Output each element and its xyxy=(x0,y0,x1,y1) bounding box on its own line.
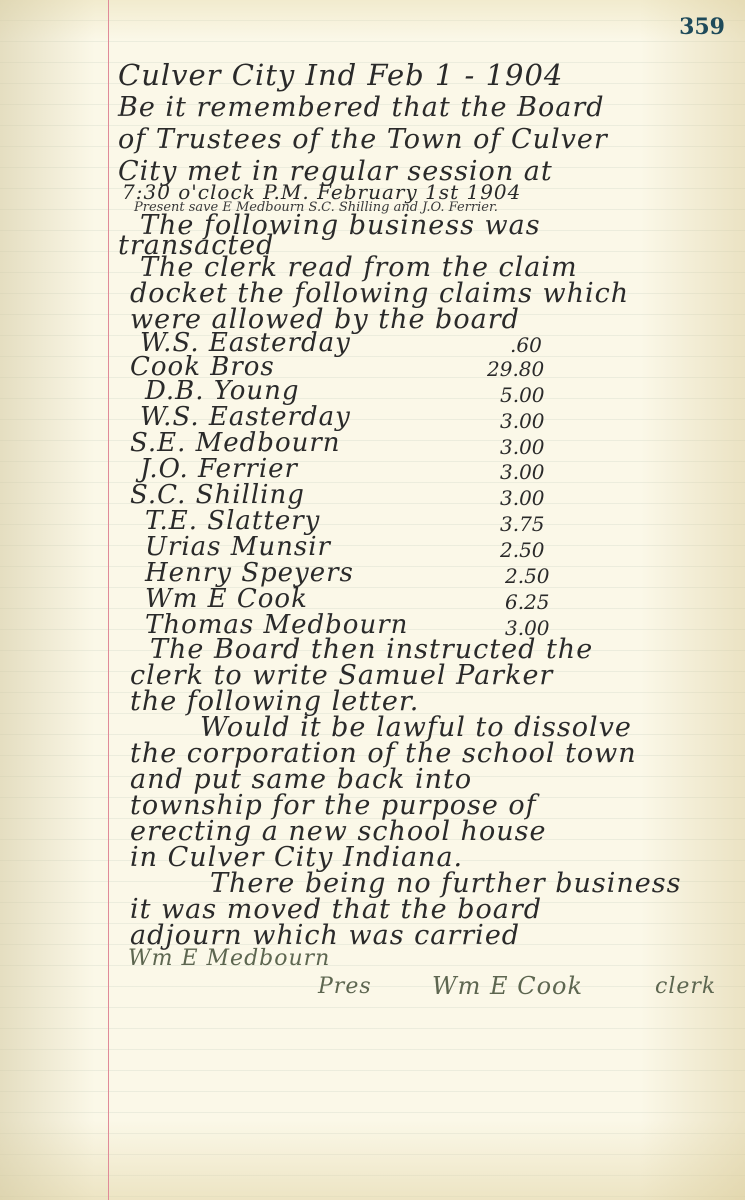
place-date-heading: Culver City Ind Feb 1 - 1904 xyxy=(118,58,563,92)
claim-amount: 29.80 xyxy=(487,357,544,381)
claim-amount: 3.00 xyxy=(500,486,545,510)
claim-amount: 3.00 xyxy=(500,409,545,433)
clerk-signature: Wm E Cook xyxy=(432,972,583,1000)
page-number: 359 xyxy=(679,14,725,40)
claim-amount: 6.25 xyxy=(505,590,550,614)
ledger-page: 359 Culver City Ind Feb 1 - 1904 Be it r… xyxy=(0,0,745,1200)
margin-rule xyxy=(108,0,109,1200)
claim-amount: .60 xyxy=(510,333,542,357)
claim-amount: 3.00 xyxy=(500,435,545,459)
claim-amount: 3.00 xyxy=(500,460,545,484)
opening-line-1: Be it remembered that the Board xyxy=(118,92,605,123)
claim-amount: 2.50 xyxy=(505,564,550,588)
claim-amount: 5.00 xyxy=(500,383,545,407)
claim-amount: 2.50 xyxy=(500,538,545,562)
claim-amount: 3.75 xyxy=(500,512,545,536)
president-signature: Wm E Medbourn xyxy=(128,946,330,971)
opening-line-2: of Trustees of the Town of Culver xyxy=(118,124,608,155)
president-title: Pres xyxy=(318,974,372,999)
clerk-title: clerk xyxy=(655,974,716,999)
